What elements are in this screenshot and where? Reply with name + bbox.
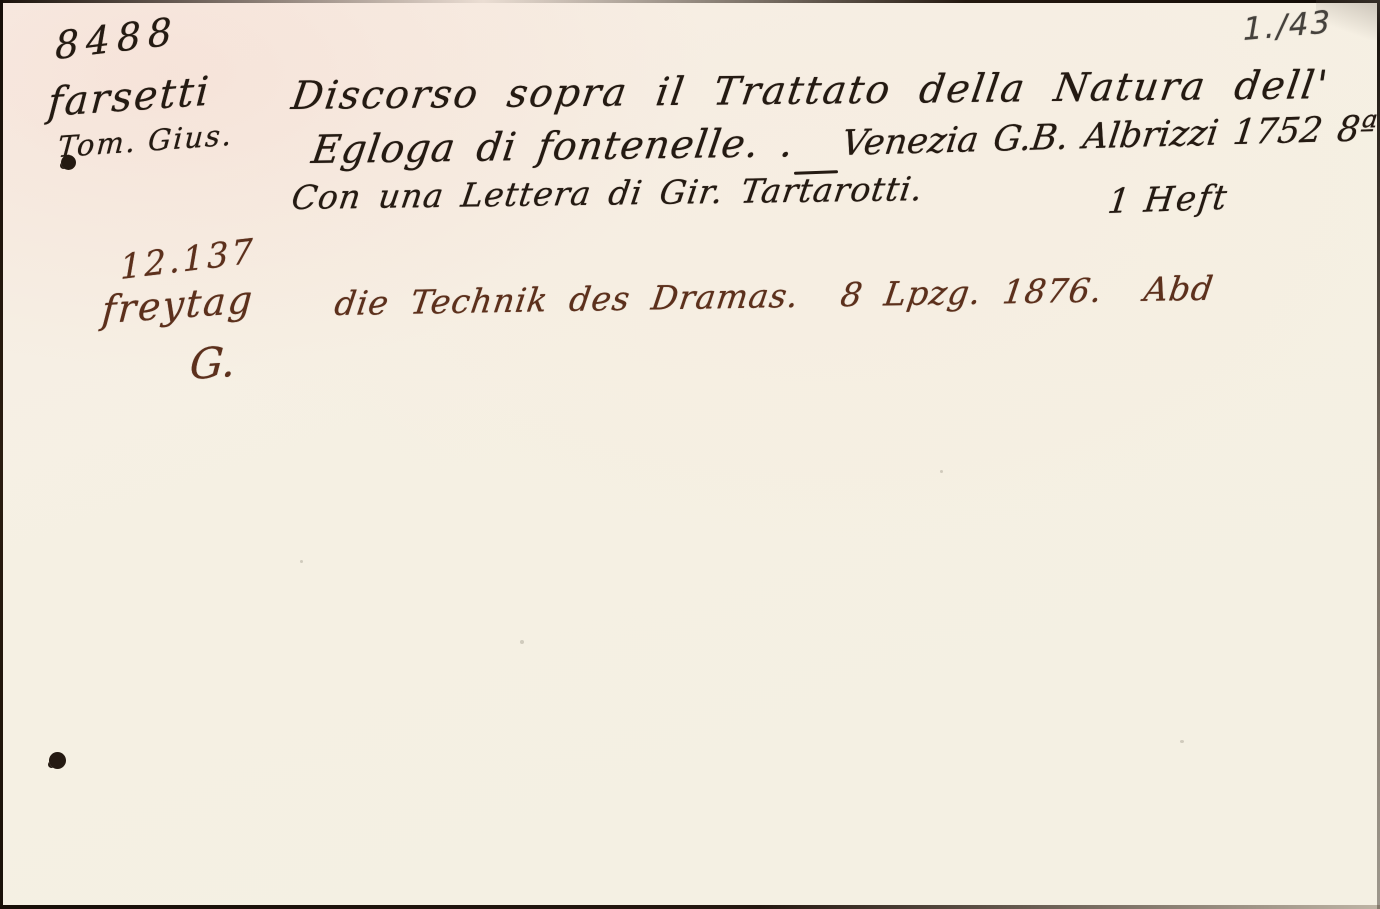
entry1-title-line2: Egloga di fontenelle. . <box>309 121 797 173</box>
entry2-author-forename: G. <box>188 337 237 390</box>
entry1-imprint: Venezia G.B. Albrizzi 1752 8ª <box>839 109 1379 164</box>
entry2-title: die Technik des Dramas. <box>332 276 802 323</box>
entry1-title-line1: Discorso sopra il Trattato della Natura … <box>289 63 1332 119</box>
catalog-card: 1./43 8488 farsetti Tom. Gius. Discorso … <box>0 0 1380 909</box>
entry1-note: Con una Lettera di Gir. Tartarotti. <box>289 169 926 217</box>
scan-edge-left <box>0 0 3 909</box>
entry2-text-line: die Technik des Dramas.8 Lpzg. 1876.Abd <box>332 269 1216 323</box>
paper-speck <box>520 640 524 644</box>
entry1-catalog-number: 8488 <box>55 9 180 68</box>
paper-speck <box>1180 740 1184 743</box>
entry1-author-forename: Tom. Gius. <box>57 118 235 165</box>
paper-speck <box>940 470 943 473</box>
entry2-author-surname: freytag <box>100 277 255 332</box>
entry1-author-surname: farsetti <box>46 68 212 126</box>
scan-edge-bottom <box>0 905 1380 909</box>
page-number-pencil: 1./43 <box>1243 4 1333 48</box>
scan-edge-top <box>0 0 1380 3</box>
paper-speck <box>300 560 303 563</box>
punch-hole-top <box>61 155 76 170</box>
entry2-binding-note: Abd <box>1142 269 1217 309</box>
entry2-imprint: 8 Lpzg. 1876. <box>838 271 1105 315</box>
punch-hole-bottom <box>49 752 66 769</box>
entry1-extent: 1 Heft <box>1106 178 1231 222</box>
